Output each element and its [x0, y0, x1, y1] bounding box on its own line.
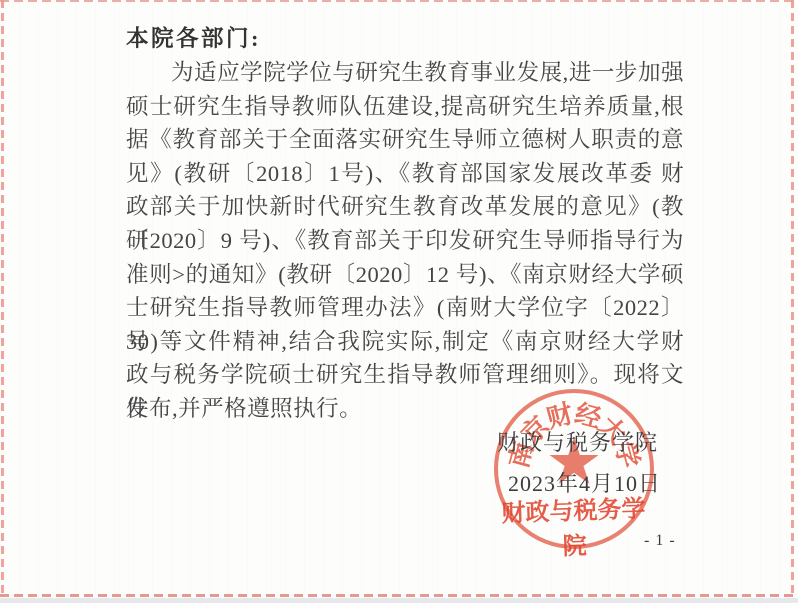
page-border-right [791, 0, 794, 597]
body-line: 〔2020〕9 号)、《教育部关于印发研究生导师指导行为 [126, 224, 684, 258]
body-line: 硕士研究生指导教师队伍建设,提高研究生培养质量,根 [126, 90, 684, 124]
scan-edge-strip [0, 598, 798, 603]
seal-inner-text: 财政与税务学院 [493, 488, 655, 564]
page-border-bottom [0, 594, 798, 597]
scanned-document-page: ★ 财政与税务学院 南京财经大学 本院各部门: 为适应学院学位与研究生教育事业发… [0, 0, 798, 603]
page-border-left [1, 0, 4, 597]
page-border-top [0, 0, 798, 2]
document-body: 本院各部门: 为适应学院学位与研究生教育事业发展,进一步加强硕士研究生指导教师队… [126, 22, 684, 426]
page-number: - 1 - [644, 532, 676, 550]
body-line: 发布,并严格遵照执行。 [126, 392, 684, 426]
body-line: 见》(教研〔2018〕1号)、《教育部国家发展改革委 财 [126, 157, 684, 191]
document-date: 2023年4月10日 [508, 467, 661, 498]
body-line: 为适应学院学位与研究生教育事业发展,进一步加强 [126, 56, 684, 90]
signature-department: 财政与税务学院 [497, 426, 658, 457]
body-line: 政部关于加快新时代研究生教育改革发展的意见》(教研 [126, 190, 684, 224]
salutation: 本院各部门: [126, 22, 684, 56]
body-line: 士研究生指导教师管理办法》(南财大学位字〔2022〕30 [126, 291, 684, 325]
body-line: 据《教育部关于全面落实研究生导师立德树人职责的意 [126, 123, 684, 157]
body-line: 号)等文件精神,结合我院实际,制定《南京财经大学财 [126, 325, 684, 359]
body-line: 准则>的通知》(教研〔2020〕12 号)、《南京财经大学硕 [126, 258, 684, 292]
body-line: 政与税务学院硕士研究生指导教师管理细则》。现将文件 [126, 358, 684, 392]
body-paragraph: 为适应学院学位与研究生教育事业发展,进一步加强硕士研究生指导教师队伍建设,提高研… [126, 56, 684, 426]
